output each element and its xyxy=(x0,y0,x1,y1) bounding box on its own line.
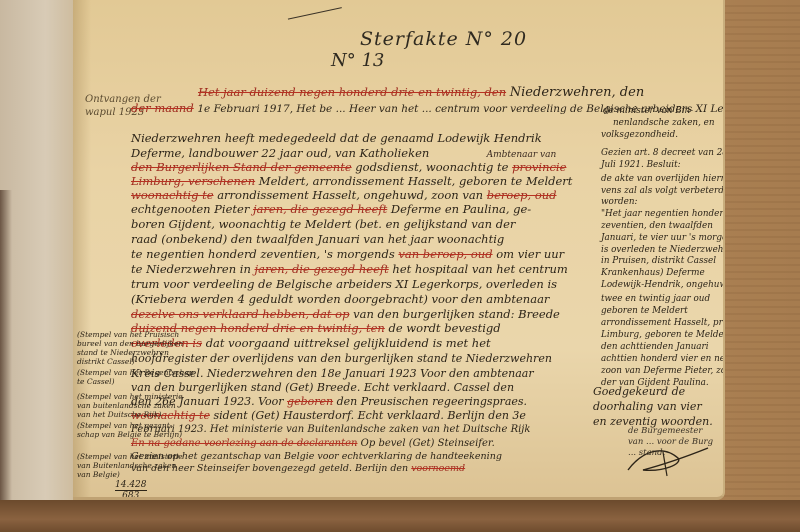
body-line-1: Het jaar duizend negen honderd drie en t… xyxy=(198,85,644,100)
body-line-12: te Niederzwehren in jaren, die gezegd he… xyxy=(131,262,568,276)
body-line-5: den Burgerlijken Stand der gemeente gods… xyxy=(131,160,566,174)
body-line-21: den 26e Januari 1923. Voor geboren den P… xyxy=(131,395,527,409)
body-line-15: dezelve ons verklaard hebben, dat op van… xyxy=(131,307,560,321)
body-line-17: overleden is dat voorgaand uittreksel ge… xyxy=(131,336,491,350)
body-line-18: hoofdregister der overlijdens van den bu… xyxy=(131,352,552,366)
stamp-note-prussian-registry: (Stempel van het Pruisisch bureel van de… xyxy=(77,330,183,366)
body-line-6: Limburg, verschenen Meldert, arrondissem… xyxy=(131,174,572,188)
left-page-shadow xyxy=(0,190,12,500)
table-edge xyxy=(0,500,800,532)
body-line-13: trum voor verdeeling de Belgische arbeid… xyxy=(131,277,557,291)
body-line-16: duizend negen honderd drie en twintig, t… xyxy=(131,321,501,335)
body-line-14: (Kriebera werden 4 geduldt worden doorge… xyxy=(131,292,549,306)
entry-number: N° 13 xyxy=(331,50,384,71)
body-line-22: woonachtig te sident (Get) Hausterdorf. … xyxy=(131,409,526,423)
stamp-note-belgian-foreign-ministry: (Stempel van het ministerie van Buitenla… xyxy=(77,452,183,479)
signature-flourish xyxy=(623,440,713,480)
page-title: Sterfakte N° 20 xyxy=(360,28,527,50)
body-line-3: Niederzwehren heeft medegedeeld dat de g… xyxy=(131,131,542,145)
body-line-11: te negentien honderd zeventien, 's morge… xyxy=(131,247,564,261)
registry-page: Sterfakte N° 20 N° 13 Ontvangen der wapu… xyxy=(73,0,725,500)
stamp-note-regency-cassel: (Stempel van het Regentschap te Cassel) xyxy=(77,368,194,386)
body-line-8: echtgenooten Pieter jaren, die gezegd he… xyxy=(131,202,531,216)
approval-note: Goedgekeurd de doorhaling van vier en ze… xyxy=(593,384,713,429)
stamp-note-belgian-legation: (Stempel van het gezant- schap van Belgi… xyxy=(77,421,182,439)
body-line-7: woonachtig te arrondissement Hasselt, on… xyxy=(131,188,557,202)
margin-reference-fraction: 14.428 683 xyxy=(115,480,147,500)
body-line-9: boren Gijdent, woonachtig te Meldert (be… xyxy=(131,217,515,231)
top-pen-stroke xyxy=(285,0,342,20)
body-line-10: raad (onbekend) den twaalfden Januari va… xyxy=(131,232,504,246)
body-line-24: En na gedane voorlezing aan de declarant… xyxy=(131,437,495,451)
body-line-23: Februari 1923. Het ministerie van Buiten… xyxy=(131,423,530,437)
stamp-note-german-foreign-ministry: (Stempel van het ministerie van buitenla… xyxy=(77,392,183,419)
